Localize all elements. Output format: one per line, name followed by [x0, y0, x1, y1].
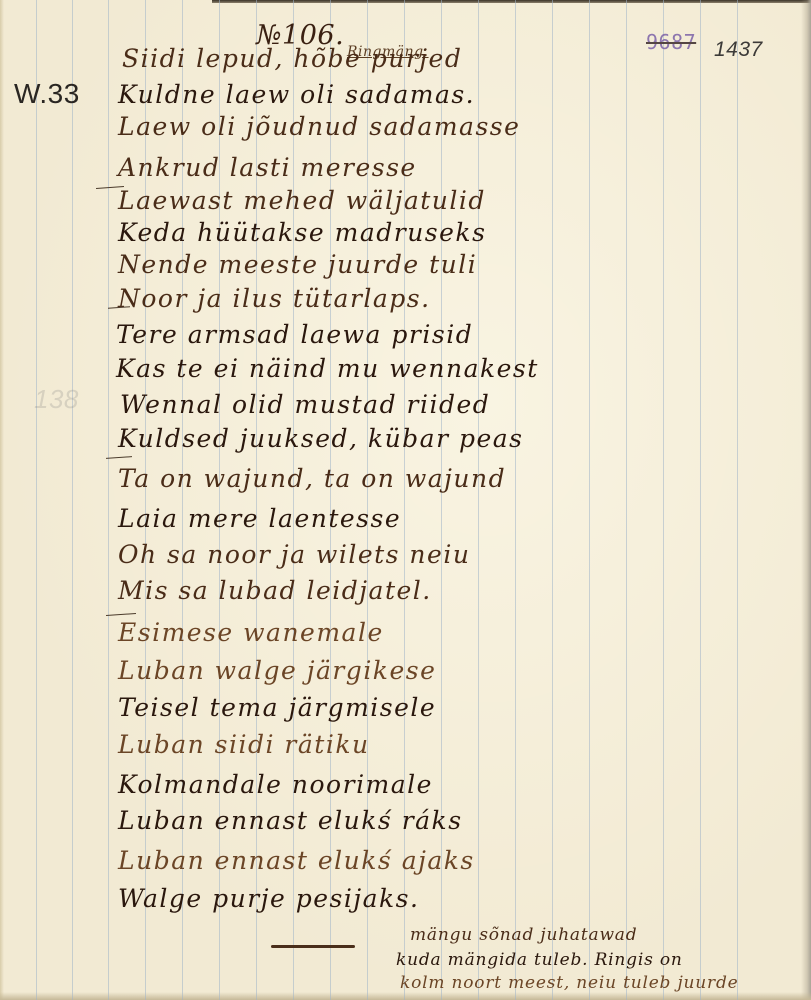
- margin-code: W.33: [14, 78, 80, 110]
- ruled-line: [663, 0, 664, 1000]
- poem-line: Nende meeste juurde tuli: [118, 250, 477, 279]
- poem-line: Laew oli jõudnud sadamasse: [118, 112, 520, 141]
- poem-line: Kuldsed juuksed, kübar peas: [118, 424, 524, 453]
- ruled-line: [72, 0, 73, 1000]
- page-right-edge: [801, 0, 811, 1000]
- page-left-edge: [0, 0, 4, 1000]
- poem-line: Kuldne laew oli sadamas.: [118, 80, 475, 109]
- margin-dash-mark: [106, 613, 136, 616]
- poem-line: Laewast mehed wäljatulid: [118, 186, 486, 215]
- poem-line: Tere armsad laewa prisid: [116, 320, 473, 349]
- ruled-line: [737, 0, 738, 1000]
- margin-dash-mark: [106, 456, 132, 459]
- poem-line: Luban ennast elukś ráks: [118, 806, 463, 835]
- poem-line: Walge purje pesijaks.: [118, 884, 419, 913]
- poem-line: Siidi lepud, hõbe purjed: [122, 44, 462, 73]
- ruled-line: [700, 0, 701, 1000]
- poem-line: Teisel tema järgmisele: [118, 693, 436, 722]
- poem-line: Luban walge järgikese: [118, 656, 436, 685]
- ruled-line: [36, 0, 37, 1000]
- footnote-line: kolm noort meest, neiu tuleb juurde: [400, 973, 738, 993]
- bleed-through-number: 138: [34, 384, 79, 415]
- poem-line: Kas te ei näind mu wennakest: [116, 354, 539, 383]
- footnote-line: kuda mängida tuleb. Ringis on: [396, 950, 683, 970]
- poem-line: Esimese wanemale: [118, 618, 384, 647]
- archive-number: 1437: [714, 38, 763, 62]
- ruled-line: [108, 0, 109, 1000]
- poem-line: Keda hüütakse madruseks: [118, 218, 486, 247]
- ruled-line: [552, 0, 553, 1000]
- struck-stamp-number: 9687: [646, 30, 696, 54]
- ruled-line: [589, 0, 590, 1000]
- poem-line: Noor ja ilus tütarlaps.: [118, 284, 431, 313]
- end-divider-line: [271, 945, 355, 948]
- page-bottom-edge: [0, 992, 811, 1000]
- poem-line: Oh sa noor ja wilets neiu: [118, 540, 470, 569]
- poem-line: Ankrud lasti meresse: [118, 153, 417, 182]
- manuscript-page: 138 №106. Ringmäng. W.33 9687 1437 Siidi…: [0, 0, 811, 1000]
- ruled-line: [626, 0, 627, 1000]
- poem-line: Luban ennast elukś ajaks: [118, 846, 475, 875]
- poem-line: Kolmandale noorimale: [118, 770, 433, 799]
- ruled-line: [478, 0, 479, 1000]
- footnote-line: mängu sõnad juhatawad: [410, 925, 637, 945]
- poem-line: Laia mere laentesse: [118, 504, 401, 533]
- page-top-shadow: [212, 0, 811, 3]
- ruled-line: [515, 0, 516, 1000]
- poem-line: Wennal olid mustad riided: [120, 390, 490, 419]
- poem-line: Mis sa lubad leidjatel.: [118, 576, 432, 605]
- poem-line: Ta on wajund, ta on wajund: [118, 464, 506, 493]
- poem-line: Luban siidi rätiku: [118, 730, 370, 759]
